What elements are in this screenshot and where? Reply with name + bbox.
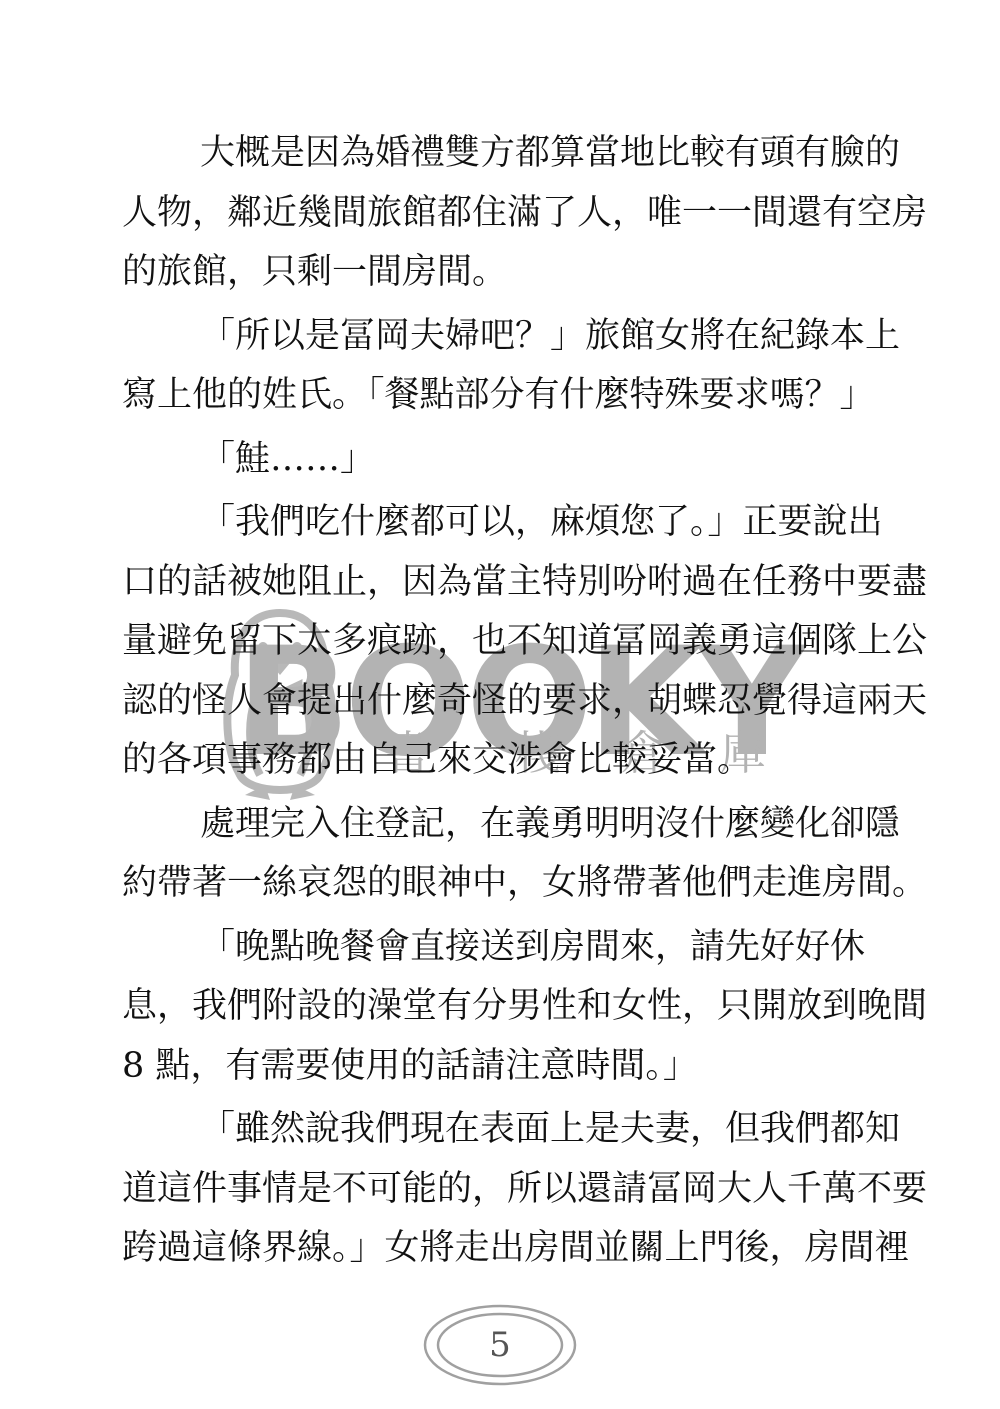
paragraph: 「雖然說我們現在表面上是夫妻，但我們都知 道這件事情是不可能的，所以還請冨岡大人… — [122, 1100, 902, 1279]
paragraph: 「晚點晚餐會直接送到房間來，請先好好休 息，我們附設的澡堂有分男性和女性，只開放… — [122, 918, 902, 1097]
text-line: 道這件事情是不可能的，所以還請冨岡大人千萬不要 — [122, 1160, 902, 1220]
text-line: 的旅館，只剩一間房間。 — [122, 243, 902, 303]
text-line: 「晚點晚餐會直接送到房間來，請先好好休 — [122, 918, 902, 978]
text-line: 認的怪人會提出什麼奇怪的要求，胡蝶忍覺得這兩天 — [122, 672, 902, 732]
book-page: BOOKY 書 棧 倉 庫 大概是因為婚禮雙方都算當地比較有頭有臉的 人物，鄰近… — [0, 0, 1000, 1409]
text-line: 「所以是冨岡夫婦吧？」旅館女將在紀錄本上 — [122, 307, 902, 367]
text-line: 「我們吃什麼都可以，麻煩您了。」正要說出 — [122, 493, 902, 553]
paragraph: 「所以是冨岡夫婦吧？」旅館女將在紀錄本上 寫上他的姓氏。「餐點部分有什麼特殊要求… — [122, 307, 902, 426]
text-line: 8 點，有需要使用的話請注意時間。」 — [122, 1037, 902, 1097]
text-line: 寫上他的姓氏。「餐點部分有什麼特殊要求嗎？」 — [122, 366, 902, 426]
text-line: 跨過這條界線。」女將走出房間並關上門後，房間裡 — [122, 1219, 902, 1279]
text-line: 的各項事務都由自己來交涉會比較妥當。 — [122, 731, 902, 791]
text-line: 人物，鄰近幾間旅館都住滿了人，唯一一間還有空房 — [122, 184, 902, 244]
paragraph: 處理完入住登記，在義勇明明沒什麼變化卻隱 約帶著一絲哀怨的眼神中，女將帶著他們走… — [122, 795, 902, 914]
paragraph: 大概是因為婚禮雙方都算當地比較有頭有臉的 人物，鄰近幾間旅館都住滿了人，唯一一間… — [122, 124, 902, 303]
paragraph: 「我們吃什麼都可以，麻煩您了。」正要說出 口的話被她阻止，因為當主特別吩咐過在任… — [122, 493, 902, 791]
text-line: 量避免留下太多痕跡，也不知道冨岡義勇這個隊上公 — [122, 612, 902, 672]
page-number: 5 — [422, 1303, 578, 1387]
paragraph: 「鮭……」 — [122, 430, 902, 490]
text-line: 口的話被她阻止，因為當主特別吩咐過在任務中要盡 — [122, 553, 902, 613]
page-number-badge: 5 — [422, 1303, 578, 1387]
text-line: 息，我們附設的澡堂有分男性和女性，只開放到晚間 — [122, 977, 902, 1037]
text-line: 「雖然說我們現在表面上是夫妻，但我們都知 — [122, 1100, 902, 1160]
text-line: 約帶著一絲哀怨的眼神中，女將帶著他們走進房間。 — [122, 854, 902, 914]
body-text: 大概是因為婚禮雙方都算當地比較有頭有臉的 人物，鄰近幾間旅館都住滿了人，唯一一間… — [122, 124, 902, 1279]
text-line: 「鮭……」 — [122, 430, 902, 490]
text-line: 大概是因為婚禮雙方都算當地比較有頭有臉的 — [122, 124, 902, 184]
text-line: 處理完入住登記，在義勇明明沒什麼變化卻隱 — [122, 795, 902, 855]
